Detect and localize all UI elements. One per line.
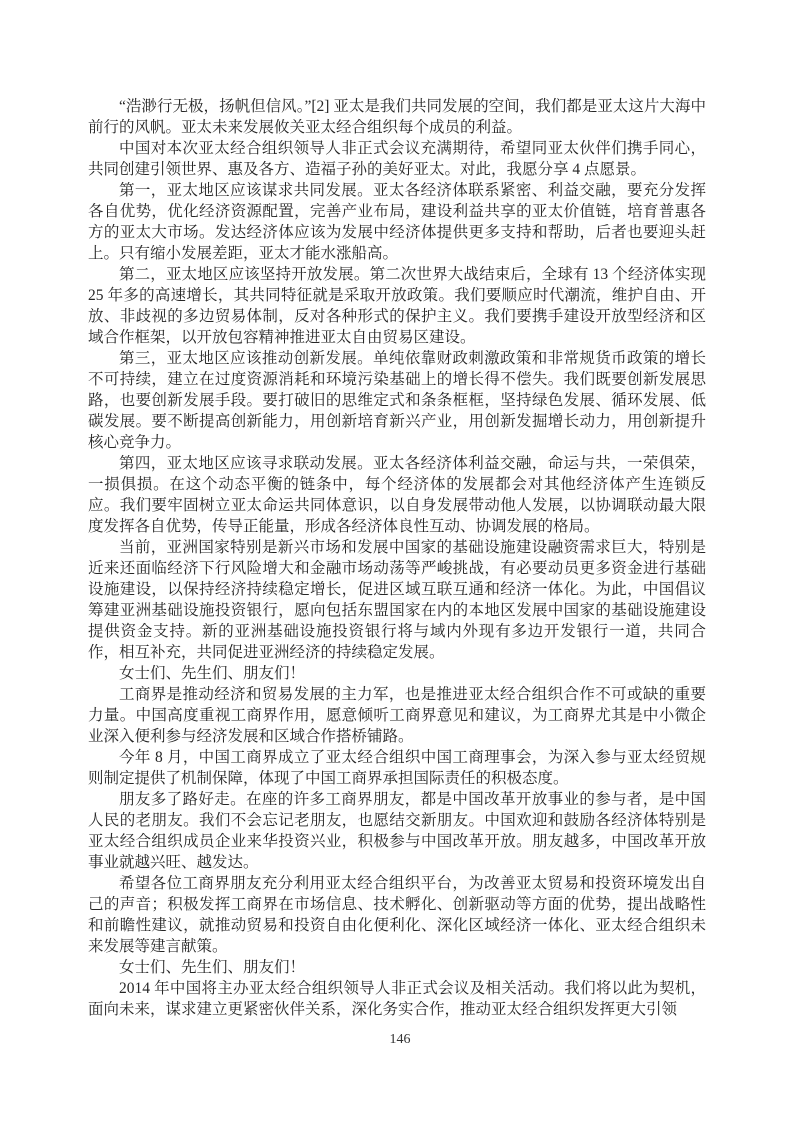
paragraph-infrastructure-bank: 当前，亚洲国家特别是新兴市场和发展中国家的基础设施建设融资需求巨大，特别是近来还… <box>88 537 706 663</box>
paragraph-old-friends: 朋友多了路好走。在座的许多工商界朋友，都是中国改革开放事业的参与者，是中国人民的… <box>88 789 706 873</box>
paragraph-business-community: 工商界是推动经济和贸易发展的主力军，也是推进亚太经合组织合作不可或缺的重要力量。… <box>88 684 706 747</box>
salutation-line-1: 女士们、先生们、朋友们！ <box>88 663 706 684</box>
paragraph-2014-summit: 2014 年中国将主办亚太经合组织领导人非正式会议及相关活动。我们将以此为契机，… <box>88 978 706 1020</box>
paragraph-quote-intro: “浩渺行无极，扬帆但信风。”[2] 亚太是我们共同发展的空间，我们都是亚太这片大… <box>88 96 706 138</box>
paragraph-vision-2: 第二，亚太地区应该坚持开放发展。第二次世界大战结束后，全球有 13 个经济体实现… <box>88 264 706 348</box>
paragraph-business-council: 今年 8 月，中国工商界成立了亚太经合组织中国工商理事会，为深入参与亚太经贸规则… <box>88 747 706 789</box>
document-body: “浩渺行无极，扬帆但信风。”[2] 亚太是我们共同发展的空间，我们都是亚太这片大… <box>88 96 706 1020</box>
page-number: 146 <box>0 1031 800 1049</box>
paragraph-suggestions: 希望各位工商界朋友充分利用亚太经合组织平台，为改善亚太贸易和投资环境发出自己的声… <box>88 873 706 957</box>
document-page: “浩渺行无极，扬帆但信风。”[2] 亚太是我们共同发展的空间，我们都是亚太这片大… <box>0 0 800 1131</box>
paragraph-expectations: 中国对本次亚太经合组织领导人非正式会议充满期待，希望同亚太伙伴们携手同心，共同创… <box>88 138 706 180</box>
paragraph-vision-1: 第一，亚太地区应该谋求共同发展。亚太各经济体联系紧密、利益交融，要充分发挥各自优… <box>88 180 706 264</box>
salutation-line-2: 女士们、先生们、朋友们！ <box>88 957 706 978</box>
paragraph-vision-4: 第四，亚太地区应该寻求联动发展。亚太各经济体利益交融，命运与共，一荣俱荣，一损俱… <box>88 453 706 537</box>
paragraph-vision-3: 第三，亚太地区应该推动创新发展。单纯依靠财政刺激政策和非常规货币政策的增长不可持… <box>88 348 706 453</box>
